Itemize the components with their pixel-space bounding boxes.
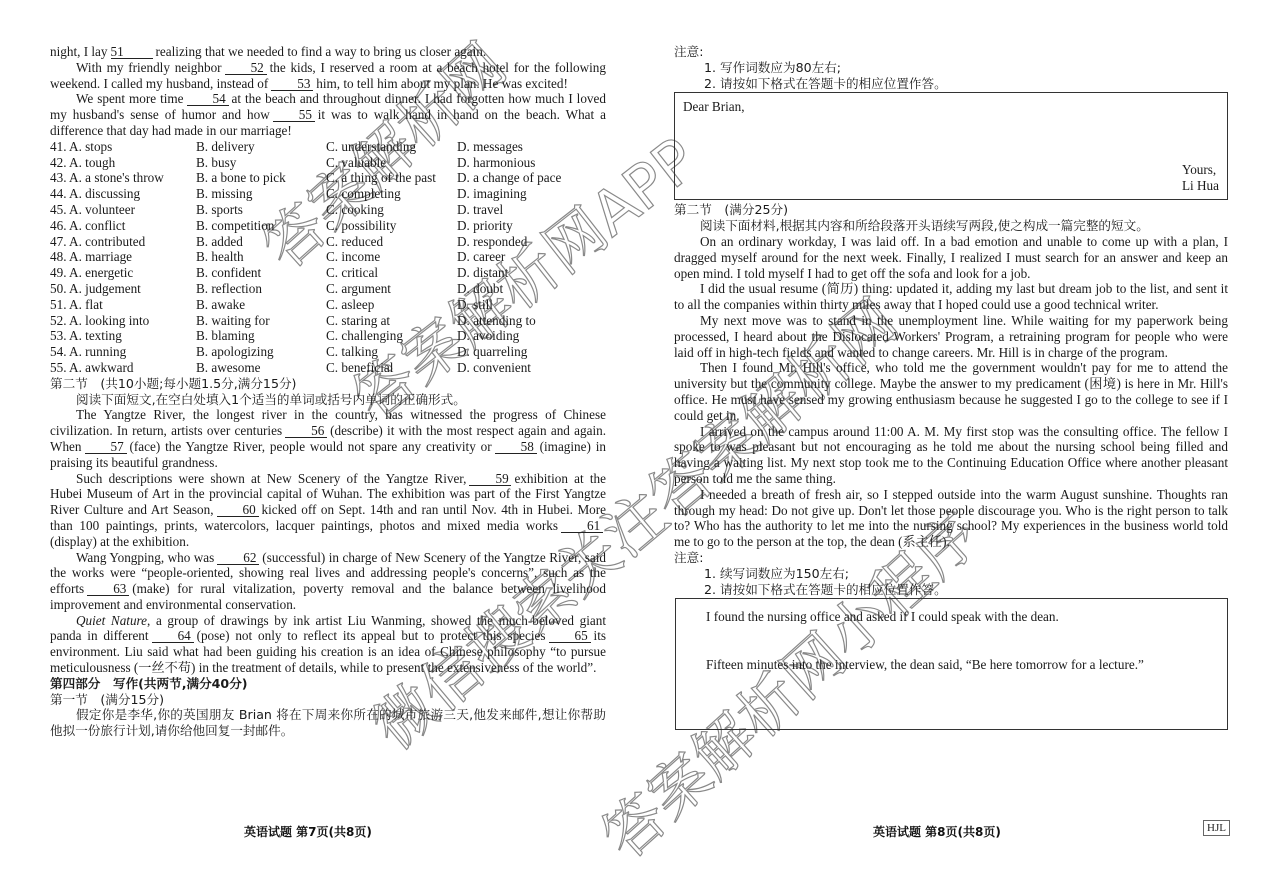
blank-56: 56 — [285, 424, 327, 438]
option-d: D. priority — [457, 218, 597, 234]
note-item: 2. 请按如下格式在答题卡的相应位置作答。 — [674, 582, 1228, 598]
note-item: 1. 写作词数应为80左右; — [674, 60, 1228, 76]
page-8: 注意: 1. 写作词数应为80左右; 2. 请按如下格式在答题卡的相应位置作答。… — [674, 44, 1228, 732]
option-row: 54. A. runningB. apologizingC. talkingD.… — [50, 344, 606, 360]
blank-58: 58 — [495, 440, 537, 454]
story-paragraph: My next move was to stand in the unemplo… — [674, 313, 1228, 360]
blank-64: 64 — [152, 629, 194, 643]
cloze-paragraph: With my friendly neighbor52the kids, I r… — [50, 60, 606, 92]
blank-57: 57 — [85, 440, 127, 454]
continuation-answer-box: I found the nursing office and asked if … — [675, 598, 1228, 730]
letter-answer-box: Dear Brian, Yours, Li Hua — [674, 92, 1228, 200]
option-b: B. sports — [196, 202, 326, 218]
option-a: 47. A. contributed — [50, 234, 196, 250]
option-c: C. beneficial — [326, 360, 457, 376]
letter-closing: Yours, Li Hua — [1182, 162, 1219, 194]
blank-61: 61 — [561, 519, 603, 533]
option-b: B. health — [196, 249, 326, 265]
option-d: D. responded — [457, 234, 597, 250]
continuation-para2-start: Fifteen minutes into the interview, the … — [706, 657, 1144, 673]
option-b: B. added — [196, 234, 326, 250]
story-paragraph: I needed a breath of fresh air, so I ste… — [674, 487, 1228, 550]
option-c: C. understanding — [326, 139, 457, 155]
option-b: B. awesome — [196, 360, 326, 376]
option-c: C. income — [326, 249, 457, 265]
option-a: 45. A. volunteer — [50, 202, 196, 218]
option-b: B. competition — [196, 218, 326, 234]
option-a: 41. A. stops — [50, 139, 196, 155]
option-row: 47. A. contributedB. addedC. reducedD. r… — [50, 234, 606, 250]
option-b: B. confident — [196, 265, 326, 281]
option-b: B. reflection — [196, 281, 326, 297]
option-row: 45. A. volunteerB. sportsC. cookingD. tr… — [50, 202, 606, 218]
option-a: 52. A. looking into — [50, 313, 196, 329]
option-row: 55. A. awkwardB. awesomeC. beneficialD. … — [50, 360, 606, 376]
blank-53: 53 — [271, 77, 313, 91]
option-d: D. distant — [457, 265, 597, 281]
option-a: 51. A. flat — [50, 297, 196, 313]
blank-62: 62 — [217, 551, 259, 565]
section-heading: 第二节 (满分25分) — [674, 202, 1228, 218]
option-d: D. attending to — [457, 313, 597, 329]
option-a: 55. A. awkward — [50, 360, 196, 376]
note-item: 1. 续写词数应为150左右; — [674, 566, 1228, 582]
writing-prompt: 假定你是李华,你的英国朋友 Brian 将在下周来你所在的城市旅游三天,他发来邮… — [50, 707, 606, 739]
option-d: D. quarreling — [457, 344, 597, 360]
option-d: D. doubt — [457, 281, 597, 297]
option-b: B. a bone to pick — [196, 170, 326, 186]
grammar-paragraph: Such descriptions were shown at New Scen… — [50, 471, 606, 550]
option-c: C. critical — [326, 265, 457, 281]
page-footer-left: 英语试题 第7页(共8页) — [244, 823, 372, 840]
option-a: 42. A. tough — [50, 155, 196, 171]
cloze-paragraph: We spent more time54at the beach and thr… — [50, 91, 606, 138]
option-row: 52. A. looking intoB. waiting forC. star… — [50, 313, 606, 329]
option-a: 50. A. judgement — [50, 281, 196, 297]
option-row: 51. A. flatB. awakeC. asleepD. still — [50, 297, 606, 313]
grammar-paragraph: Wang Yongping, who was62(successful) in … — [50, 550, 606, 613]
option-a: 53. A. texting — [50, 328, 196, 344]
option-d: D. imagining — [457, 186, 597, 202]
note-label: 注意: — [674, 44, 1228, 60]
story-paragraph: Then I found Mr. Hill's office, who told… — [674, 360, 1228, 423]
option-row: 46. A. conflictB. competitionC. possibil… — [50, 218, 606, 234]
option-a: 48. A. marriage — [50, 249, 196, 265]
option-a: 44. A. discussing — [50, 186, 196, 202]
option-b: B. missing — [196, 186, 326, 202]
option-c: C. asleep — [326, 297, 457, 313]
blank-65: 65 — [549, 629, 591, 643]
option-c: C. challenging — [326, 328, 457, 344]
closing-text: Yours, — [1182, 162, 1219, 178]
option-row: 53. A. textingB. blamingC. challengingD.… — [50, 328, 606, 344]
option-c: C. talking — [326, 344, 457, 360]
blank-51: 51 — [111, 45, 153, 59]
grammar-paragraph: The Yangtze River, the longest river in … — [50, 407, 606, 470]
option-row: 41. A. stopsB. deliveryC. understandingD… — [50, 139, 606, 155]
option-d: D. travel — [457, 202, 597, 218]
options-table: 41. A. stopsB. deliveryC. understandingD… — [50, 139, 606, 376]
option-c: C. completing — [326, 186, 457, 202]
option-d: D. messages — [457, 139, 597, 155]
option-b: B. apologizing — [196, 344, 326, 360]
option-d: D. avoiding — [457, 328, 597, 344]
letter-salutation: Dear Brian, — [683, 99, 745, 115]
blank-55: 55 — [273, 108, 315, 122]
story-paragraph: I arrived on the campus around 11:00 A. … — [674, 424, 1228, 487]
blank-60: 60 — [217, 503, 259, 517]
option-d: D. career — [457, 249, 597, 265]
signature-text: Li Hua — [1182, 178, 1219, 194]
cloze-paragraph: night, I lay51realizing that we needed t… — [50, 44, 606, 60]
option-b: B. delivery — [196, 139, 326, 155]
option-d: D. convenient — [457, 360, 597, 376]
blank-59: 59 — [469, 472, 511, 486]
story-paragraph: I did the usual resume (简历) thing: updat… — [674, 281, 1228, 313]
option-d: D. a change of pace — [457, 170, 597, 186]
option-a: 46. A. conflict — [50, 218, 196, 234]
option-c: C. reduced — [326, 234, 457, 250]
option-c: C. argument — [326, 281, 457, 297]
option-b: B. waiting for — [196, 313, 326, 329]
blank-54: 54 — [187, 92, 229, 106]
option-c: C. staring at — [326, 313, 457, 329]
option-row: 48. A. marriageB. healthC. incomeD. care… — [50, 249, 606, 265]
option-row: 50. A. judgementB. reflectionC. argument… — [50, 281, 606, 297]
option-c: C. valuable — [326, 155, 457, 171]
option-row: 44. A. discussingB. missingC. completing… — [50, 186, 606, 202]
section-heading: 第一节 (满分15分) — [50, 692, 606, 708]
option-row: 43. A. a stone's throwB. a bone to pickC… — [50, 170, 606, 186]
section-heading: 第二节 (共10小题;每小题1.5分,满分15分) — [50, 376, 606, 392]
option-a: 49. A. energetic — [50, 265, 196, 281]
hjl-badge: HJL — [1203, 820, 1230, 836]
option-row: 42. A. toughB. busyC. valuableD. harmoni… — [50, 155, 606, 171]
option-c: C. cooking — [326, 202, 457, 218]
continuation-para1-start: I found the nursing office and asked if … — [706, 609, 1059, 625]
blank-52: 52 — [225, 61, 267, 75]
note-label: 注意: — [674, 550, 1228, 566]
page-footer-right: 英语试题 第8页(共8页) — [873, 823, 1001, 840]
story-paragraph: On an ordinary workday, I was laid off. … — [674, 234, 1228, 281]
section-instruction: 阅读下面材料,根据其内容和所给段落开头语续写两段,使之构成一篇完整的短文。 — [674, 218, 1228, 234]
option-b: B. busy — [196, 155, 326, 171]
option-c: C. a thing of the past — [326, 170, 457, 186]
option-row: 49. A. energeticB. confidentC. criticalD… — [50, 265, 606, 281]
grammar-paragraph: Quiet Nature, a group of drawings by ink… — [50, 613, 606, 676]
option-b: B. blaming — [196, 328, 326, 344]
option-d: D. harmonious — [457, 155, 597, 171]
option-c: C. possibility — [326, 218, 457, 234]
option-a: 43. A. a stone's throw — [50, 170, 196, 186]
note-item: 2. 请按如下格式在答题卡的相应位置作答。 — [674, 76, 1228, 92]
option-b: B. awake — [196, 297, 326, 313]
part-heading: 第四部分 写作(共两节,满分40分) — [50, 676, 606, 692]
page-7: night, I lay51realizing that we needed t… — [50, 44, 606, 739]
option-d: D. still — [457, 297, 597, 313]
blank-63: 63 — [87, 582, 129, 596]
option-a: 54. A. running — [50, 344, 196, 360]
section-instruction: 阅读下面短文,在空白处填入1个适当的单词或括号内单词的正确形式。 — [50, 392, 606, 408]
